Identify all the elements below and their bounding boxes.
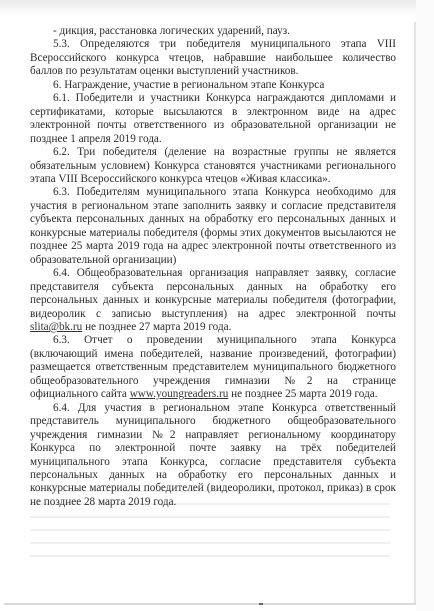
paragraph-6-2: 6.2. Три победителя (деление на возрастн… bbox=[30, 146, 396, 186]
paragraph-6-1: 6.1. Победители и участники Конкурса наг… bbox=[30, 92, 396, 146]
section-heading-6: 6. Награждение, участие в региональном э… bbox=[30, 79, 396, 92]
page-edge-right bbox=[414, 22, 416, 604]
paragraph-5-3: 5.3. Определяются три победителя муницип… bbox=[30, 38, 396, 78]
document-body: - дикция, расстановка логических ударени… bbox=[30, 25, 396, 509]
paragraph-6-3-a: 6.3. Победителям муниципального этапа Ко… bbox=[30, 186, 396, 267]
email-link[interactable]: slita@bk.ru bbox=[30, 321, 82, 333]
paragraph-6-3-b-tail: не позднее 25 марта 2019 года. bbox=[228, 388, 377, 400]
paragraph-6-4-a: 6.4. Общеобразовательная организация нап… bbox=[30, 267, 396, 334]
paragraph-6-3-b: 6.3. Отчет о проведении муниципального э… bbox=[30, 334, 396, 401]
page-edge-bottom bbox=[4, 603, 416, 605]
paragraph-6-4-a-tail: не позднее 27 марта 2019 года. bbox=[82, 321, 231, 333]
page-mark bbox=[259, 603, 263, 605]
scan-top-shadow bbox=[0, 0, 434, 16]
paragraph-6-4-b: 6.4. Для участия в региональном этапе Ко… bbox=[30, 402, 396, 510]
paragraph-diction: - дикция, расстановка логических ударени… bbox=[30, 25, 396, 38]
scan-margin-right bbox=[416, 0, 434, 611]
paragraph-6-4-a-text: 6.4. Общеобразовательная организация нап… bbox=[30, 267, 396, 319]
website-link[interactable]: www.youngreaders.ru bbox=[130, 388, 229, 400]
